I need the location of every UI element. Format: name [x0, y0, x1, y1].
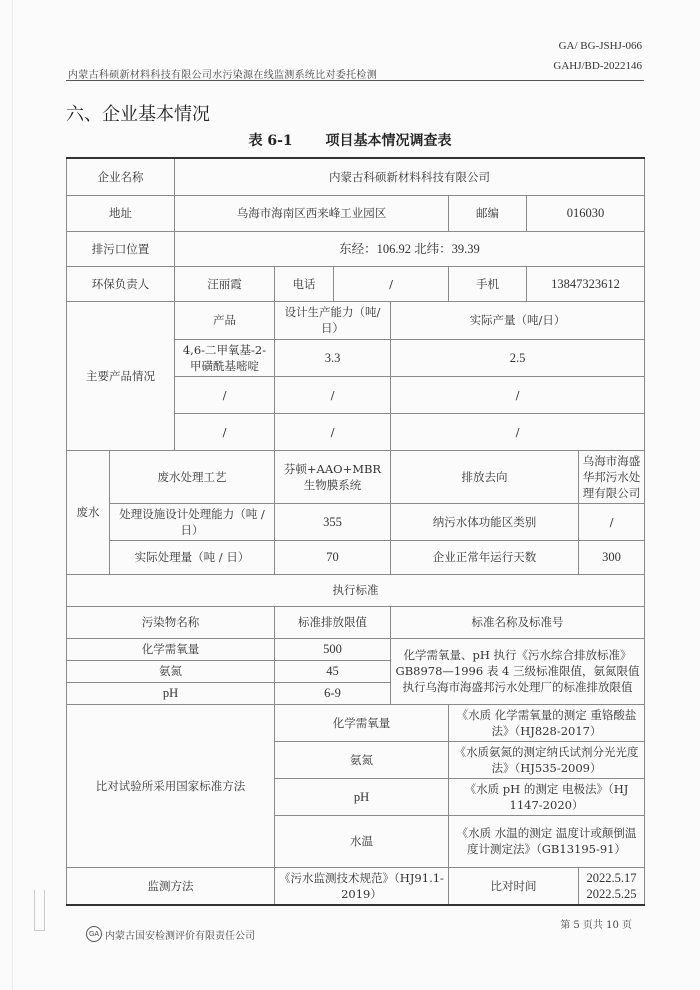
product-design: 3.3	[275, 339, 391, 376]
compare-time-value: 2022.5.17 2022.5.25	[579, 867, 645, 905]
table-number: 表 6-1	[248, 133, 292, 149]
page-number: 第 5 页共 10 页	[560, 916, 632, 931]
phone-label: 电话	[275, 266, 334, 301]
product-name: 4,6-二甲氧基-2-甲磺酰基嘧啶	[175, 339, 275, 376]
section-title: 六、企业基本情况	[66, 100, 210, 126]
env-person-value: 汪丽霞	[175, 266, 275, 301]
company-logo-icon: GA	[86, 926, 102, 942]
method-standard: 《水质 化学需氧量的测定 重铬酸盐法》（HJ828-2017）	[449, 704, 645, 741]
method-item: 化学需氧量	[275, 704, 449, 741]
method-standard: 《水质 水温的测定 温度计或颠倒温度计测定法》（GB13195-91）	[449, 815, 645, 867]
operating-days-value: 300	[579, 540, 645, 574]
product-name: /	[175, 413, 275, 450]
discharge-value: 乌海市海盛华邦污水处理有限公司	[579, 450, 645, 503]
process-label: 废水处理工艺	[110, 450, 275, 503]
address-value: 乌海市海南区西来峰工业园区	[175, 195, 449, 231]
method-standard: 《水质 pH 的测定 电极法》（HJ 1147-2020）	[449, 778, 645, 815]
method-item: pH	[275, 778, 449, 815]
actual-capacity-value: 70	[275, 540, 391, 574]
product-design: /	[275, 413, 391, 450]
standards-header-limit: 标准排放限值	[275, 606, 391, 638]
table-title: 项目基本情况调查表	[326, 133, 452, 149]
method-item: 水温	[275, 815, 449, 867]
operating-days-label: 企业正常年运行天数	[391, 540, 579, 574]
running-header: 内蒙古科硕新材料科技有限公司水污染源在线监测系统比对委托检测	[68, 66, 377, 81]
monitoring-value: 《污水监测技术规范》（HJ91.1-2019）	[275, 867, 449, 905]
doc-code: GA/ BG-JSHJ-066	[559, 40, 642, 52]
design-capacity-value: 355	[275, 503, 391, 540]
water-zone-value: /	[579, 503, 645, 540]
header-rule	[66, 80, 644, 81]
method-standard: 《水质氨氮的测定纳氏试剂分光光度法》（HJ535-2009）	[449, 741, 645, 778]
products-header-actual: 实际产量（吨/日）	[391, 301, 645, 339]
process-value: 芬顿+AAO+MBR 生物膜系统	[275, 450, 391, 503]
standards-header-pollutant: 污染物名称	[67, 606, 275, 638]
design-capacity-label: 处理设施设计处理能力（吨 / 日）	[110, 503, 275, 540]
discharge-label: 排放去向	[391, 450, 579, 503]
basic-info-table: 企业名称 内蒙古科硕新材料科技有限公司 地址 乌海市海南区西来峰工业园区 邮编 …	[66, 157, 645, 906]
product-actual: /	[391, 376, 645, 413]
report-number: GAHJ/BD-2022146	[553, 60, 642, 72]
pollutant-name: 氨氮	[67, 660, 275, 682]
product-actual: 2.5	[391, 339, 645, 376]
products-label: 主要产品情况	[67, 301, 175, 450]
mobile-value: 13847323612	[527, 266, 645, 301]
env-person-label: 环保负责人	[67, 266, 175, 301]
compare-date-end: 2022.5.25	[582, 886, 641, 902]
water-zone-label: 纳污水体功能区类别	[391, 503, 579, 540]
mobile-label: 手机	[449, 266, 527, 301]
product-design: /	[275, 376, 391, 413]
methods-label: 比对试验所采用国家标准方法	[67, 704, 275, 867]
pollutant-limit: 6-9	[275, 682, 391, 704]
phone-value: /	[334, 266, 449, 301]
postcode-label: 邮编	[449, 195, 527, 231]
outlet-label: 排污口位置	[67, 231, 175, 266]
company-label: 企业名称	[67, 158, 175, 195]
outlet-value: 东经：106.92 北纬：39.39	[175, 231, 645, 266]
products-header-design: 设计生产能力（吨/日）	[275, 301, 391, 339]
monitoring-label: 监测方法	[67, 867, 275, 905]
footer-company: GA 内蒙古国安检测评价有限责任公司	[86, 926, 255, 942]
footer-company-name: 内蒙古国安检测评价有限责任公司	[105, 927, 255, 942]
products-header-product: 产品	[175, 301, 275, 339]
method-item: 氨氮	[275, 741, 449, 778]
compare-time-label: 比对时间	[449, 867, 579, 905]
pollutant-limit: 45	[275, 660, 391, 682]
actual-capacity-label: 实际处理量（吨 / 日）	[110, 540, 275, 574]
binding-mark	[34, 890, 45, 931]
pollutant-name: 化学需氧量	[67, 638, 275, 660]
product-name: /	[175, 376, 275, 413]
pollutant-name: pH	[67, 682, 275, 704]
postcode-value: 016030	[527, 195, 645, 231]
table-caption: 表 6-1 项目基本情况调查表	[0, 130, 700, 150]
standards-heading: 执行标准	[67, 574, 645, 606]
compare-date-start: 2022.5.17	[582, 870, 641, 886]
standards-header-name: 标准名称及标准号	[391, 606, 645, 638]
standard-text: 化学需氧量、pH 执行《污水综合排放标准》GB8978—1996 表 4 三级标…	[391, 638, 645, 704]
address-label: 地址	[67, 195, 175, 231]
wastewater-label: 废水	[67, 450, 110, 574]
product-actual: /	[391, 413, 645, 450]
pollutant-limit: 500	[275, 638, 391, 660]
company-value: 内蒙古科硕新材料科技有限公司	[175, 158, 645, 195]
